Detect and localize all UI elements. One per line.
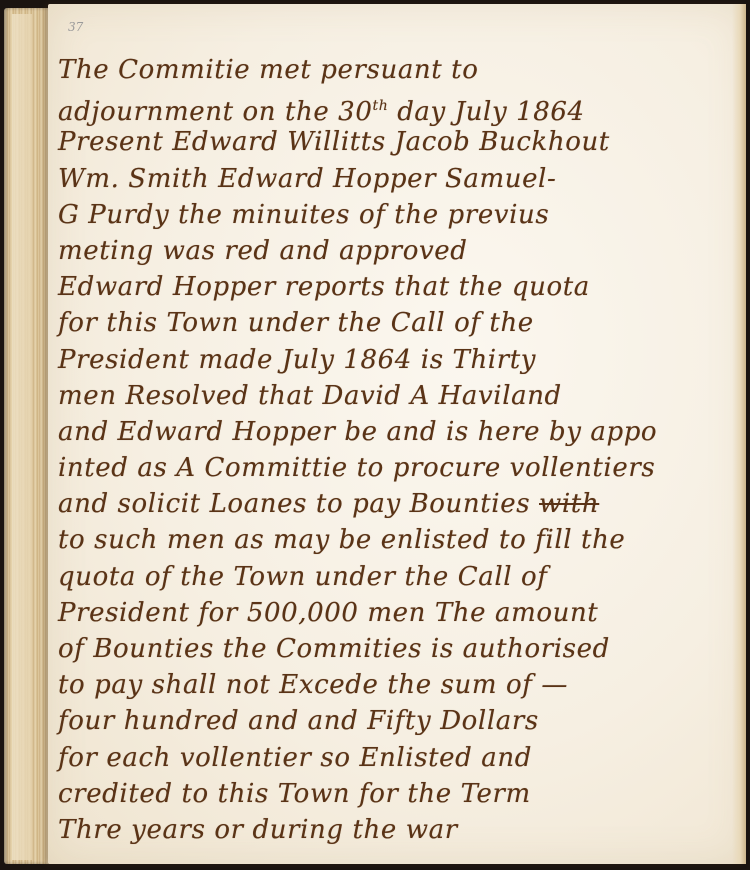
text-line: adjournment on the 30th day July 1864 xyxy=(58,88,738,124)
text-line: quota of the Town under the Call of xyxy=(58,559,738,595)
text-line: for each vollentier so Enlisted and xyxy=(58,740,738,776)
page-number: 37 xyxy=(68,20,83,34)
text-line: inted as A Committie to procure vollenti… xyxy=(58,450,738,486)
page-edges-highlight xyxy=(12,14,32,860)
text-line: credited to this Town for the Term xyxy=(58,776,738,812)
text-line: Thre years or during the war xyxy=(58,812,738,848)
text-segment: adjournment on the 30 xyxy=(58,97,372,127)
text-line: for this Town under the Call of the xyxy=(58,305,738,341)
struck-through-word: with xyxy=(539,489,599,519)
text-line: and Edward Hopper be and is here by appo xyxy=(58,414,738,450)
text-line: and solicit Loanes to pay Bounties with xyxy=(58,486,738,522)
text-segment: and solicit Loanes to pay Bounties xyxy=(58,489,539,519)
text-line: of Bounties the Commities is authorised xyxy=(58,631,738,667)
text-line: to such men as may be enlisted to fill t… xyxy=(58,522,738,558)
text-line: Edward Hopper reports that the quota xyxy=(58,269,738,305)
text-line: The Commitie met persuant to xyxy=(58,52,738,88)
text-line: men Resolved that David A Haviland xyxy=(58,378,738,414)
text-line: President for 500,000 men The amount xyxy=(58,595,738,631)
text-line: President made July 1864 is Thirty xyxy=(58,342,738,378)
text-line: to pay shall not Excede the sum of — xyxy=(58,667,738,703)
text-line: G Purdy the minuites of the previus xyxy=(58,197,738,233)
text-segment: day July 1864 xyxy=(388,97,584,127)
ledger-page: 37 The Commitie met persuant to adjournm… xyxy=(48,4,746,864)
handwritten-text-block: The Commitie met persuant to adjournment… xyxy=(58,52,738,848)
text-line: four hundred and and Fifty Dollars xyxy=(58,703,738,739)
text-line: Present Edward Willitts Jacob Buckhout xyxy=(58,124,738,160)
superscript-text: th xyxy=(372,98,388,114)
document-scan: 37 The Commitie met persuant to adjournm… xyxy=(0,0,750,870)
text-line: meting was red and approved xyxy=(58,233,738,269)
text-line: Wm. Smith Edward Hopper Samuel- xyxy=(58,161,738,197)
